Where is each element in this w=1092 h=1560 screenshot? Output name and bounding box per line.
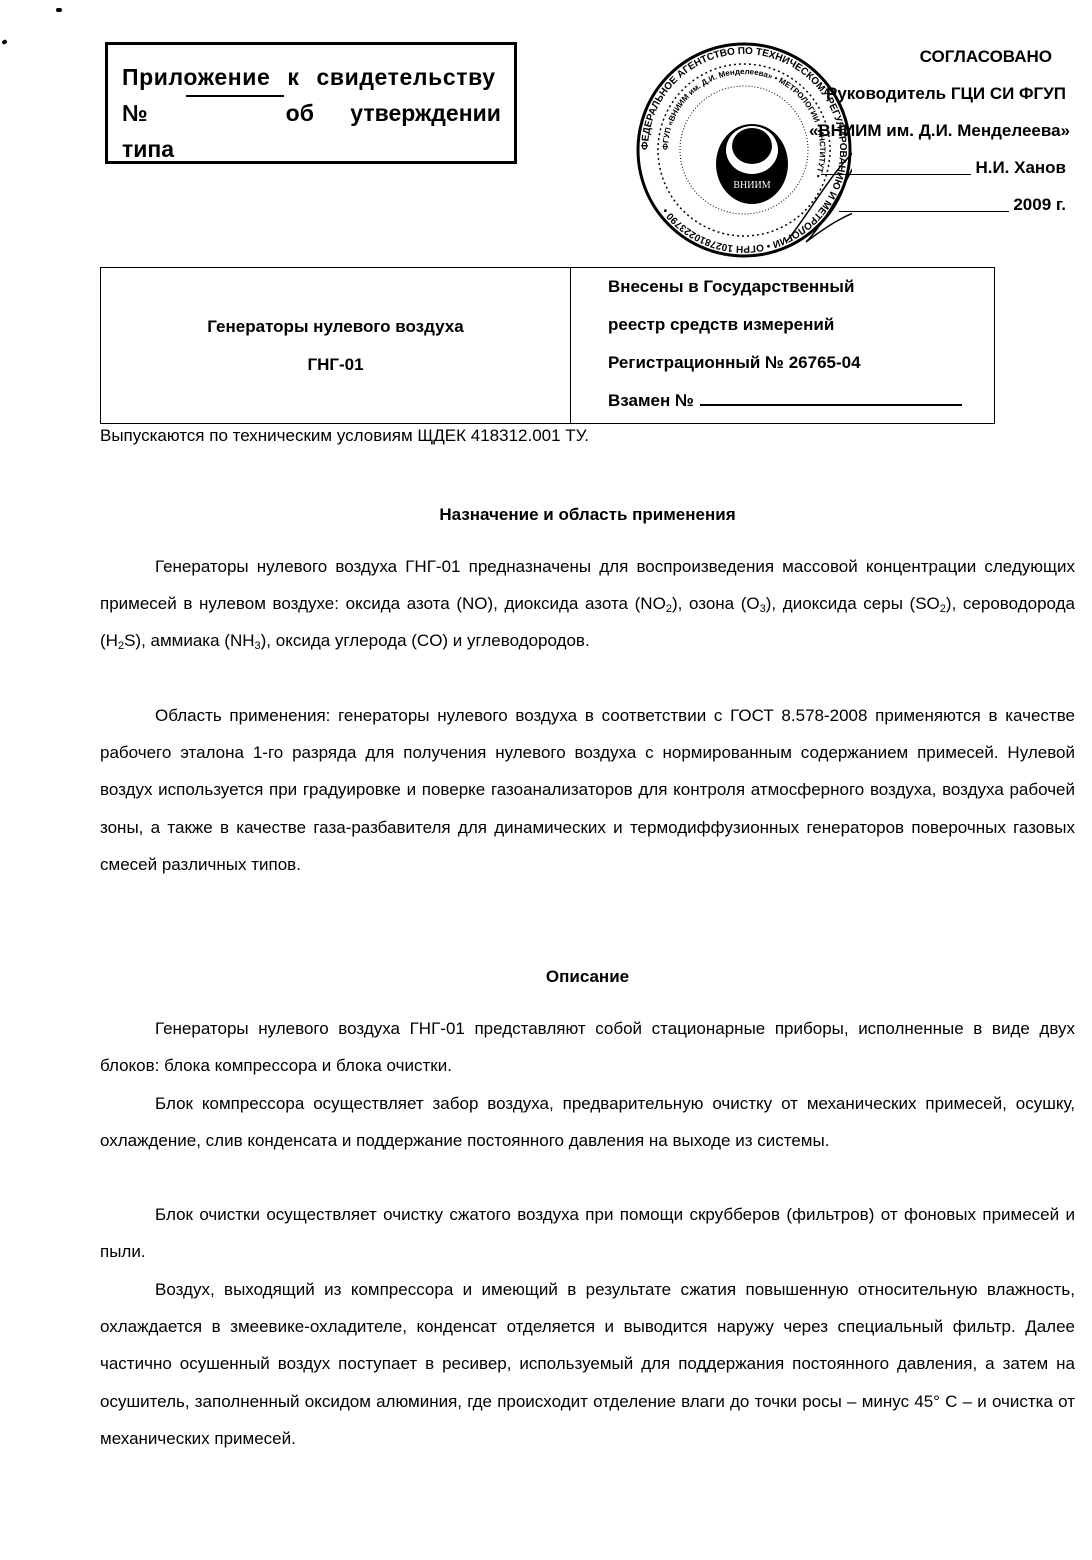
replaces-blank: [700, 404, 962, 406]
paragraph-purpose: Генераторы нулевого воздуха ГНГ-01 предн…: [100, 548, 1075, 660]
appendix-line-1: Приложение к свидетельству: [122, 59, 502, 95]
approver-name: Н.И. Ханов: [975, 158, 1066, 177]
appendix-box: Приложение к свидетельству № об утвержде…: [105, 42, 517, 164]
scan-speck: [1, 39, 7, 45]
appendix-line-2: № об утверждении: [122, 95, 502, 131]
approval-year: 2009 г.: [1013, 195, 1066, 214]
registry-cell: Внесены в Государственный реестр средств…: [571, 268, 994, 423]
text-run: S), аммиака (NH: [124, 631, 254, 650]
approval-date-row: 2009 г.: [640, 190, 1070, 227]
registry-line-2: реестр средств измерений: [608, 306, 994, 344]
replaces-label: Взамен №: [608, 391, 694, 410]
scan-speck: [56, 8, 62, 12]
approval-title: СОГЛАСОВАНО: [640, 42, 1070, 79]
appendix-title: Приложение к свидетельству: [122, 59, 496, 95]
approval-organization: «ВНИИМ им. Д.И. Менделеева»: [640, 116, 1070, 153]
instrument-name: Генераторы нулевого воздуха: [207, 308, 463, 346]
approval-signature-row: Н.И. Ханов: [640, 153, 1070, 190]
instrument-cell: Генераторы нулевого воздуха ГНГ-01: [101, 268, 571, 423]
appendix-approval-text: об утверждении: [286, 95, 501, 131]
paragraph-description-2: Блок компрессора осуществляет забор возд…: [100, 1085, 1075, 1159]
instrument-model: ГНГ-01: [307, 346, 363, 384]
paragraph-application-area: Область применения: генераторы нулевого …: [100, 697, 1075, 883]
text-run: ), диоксида серы (SO: [766, 594, 940, 613]
text-run: ), оксида углерода (CO) и углеводородов.: [261, 631, 590, 650]
number-sign: №: [122, 95, 148, 131]
approval-block: СОГЛАСОВАНО Руководитель ГЦИ СИ ФГУП «ВН…: [640, 42, 1070, 227]
signature-line: [821, 174, 971, 175]
text-run: ), озона (O: [672, 594, 760, 613]
registry-line-1: Внесены в Государственный: [608, 268, 994, 306]
section-title-description: Описание: [100, 967, 1075, 987]
registration-number: Регистрационный № 26765-04: [608, 344, 994, 382]
section-title-purpose: Назначение и область применения: [100, 505, 1075, 525]
paragraph-description-3: Блок очистки осуществляет очистку сжатог…: [100, 1196, 1075, 1270]
registry-table: Генераторы нулевого воздуха ГНГ-01 Внесе…: [100, 267, 995, 424]
appendix-type: типа: [122, 131, 174, 167]
date-line: [839, 211, 1009, 212]
appendix-line-3: типа: [122, 131, 502, 167]
technical-conditions: Выпускаются по техническим условиям ЩДЕК…: [100, 426, 589, 446]
certificate-number-blank: [186, 95, 284, 97]
paragraph-description-4: Воздух, выходящий из компрессора и имеющ…: [100, 1271, 1075, 1457]
replaces-row: Взамен №: [608, 382, 994, 420]
paragraph-description-1: Генераторы нулевого воздуха ГНГ-01 предс…: [100, 1010, 1075, 1084]
approval-position: Руководитель ГЦИ СИ ФГУП: [640, 79, 1070, 116]
